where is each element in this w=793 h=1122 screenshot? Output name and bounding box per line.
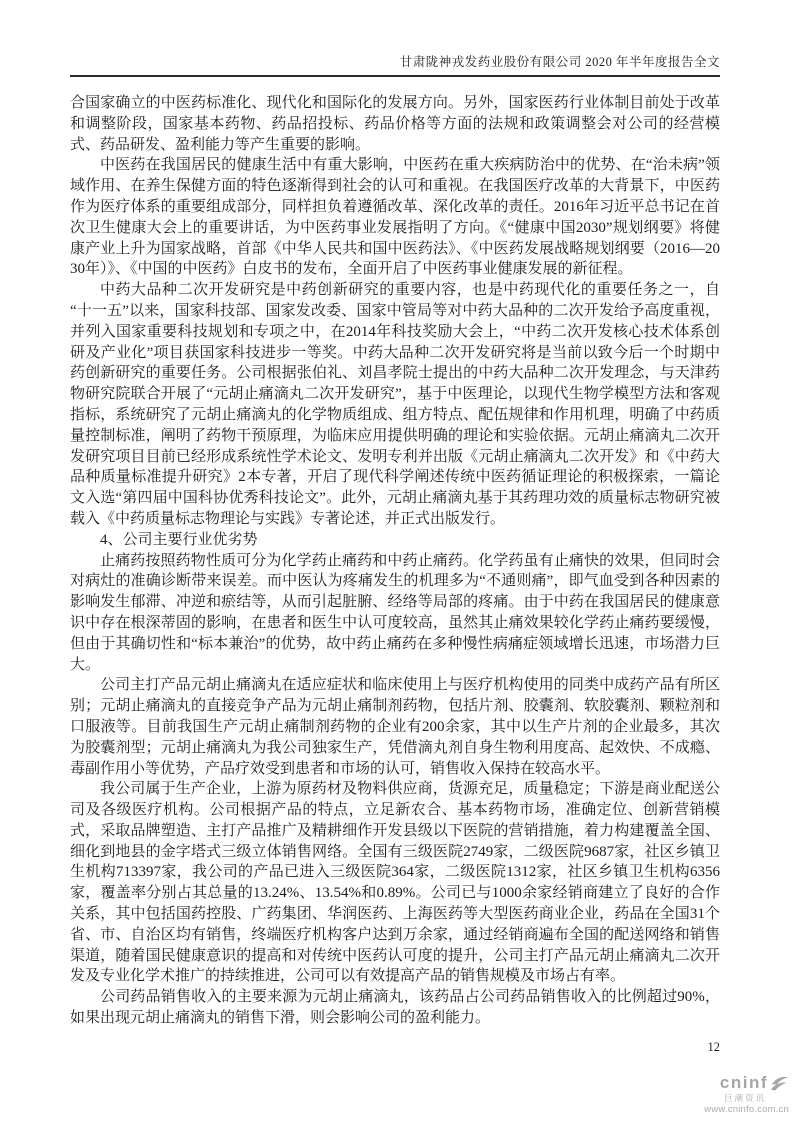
cninfo-chinese-name: 巨潮资讯 bbox=[670, 1095, 790, 1104]
paragraph-painkiller-classification: 止痛药按照药物性质可分为化学药止痛药和中药止痛药。化学药虽有止痛快的效果，但同时… bbox=[70, 551, 720, 676]
paragraph-product-competition: 公司主打产品元胡止痛滴丸在适应症状和临床使用上与医疗机构使用的同类中成药产品有所… bbox=[70, 675, 720, 779]
cninfo-url-text: www.cninfo.com.cn bbox=[670, 1105, 790, 1115]
paragraph-secondary-development: 中药大品种二次开发研究是中药创新研究的重要内容，也是中药现代化的重要任务之一，自… bbox=[70, 280, 720, 530]
header-divider bbox=[70, 75, 720, 77]
page-header-title: 甘肃陇神戎发药业股份有限公司 2020 年半年度报告全文 bbox=[70, 52, 720, 70]
document-body: 合国家确立的中医药标准化、现代化和国际化的发展方向。另外，国家医药行业体制目前处… bbox=[70, 93, 720, 1029]
cninfo-logo-row: cninf bbox=[670, 1073, 790, 1094]
page-number: 12 bbox=[70, 1040, 720, 1055]
paragraph-industry-chain-sales-network: 我公司属于生产企业，上游为原药材及物料供应商，货源充足，质量稳定；下游是商业配送… bbox=[70, 779, 720, 987]
paragraph-revenue-concentration-risk: 公司药品销售收入的主要来源为元胡止痛滴丸，该药品占公司药品销售收入的比例超过90… bbox=[70, 987, 720, 1029]
paragraph-tcm-health-life: 中医药在我国居民的健康生活中有重大影响，中医药在重大疾病防治中的优势、在“治未病… bbox=[70, 155, 720, 280]
report-page: 甘肃陇神戎发药业股份有限公司 2020 年半年度报告全文 合国家确立的中医药标准… bbox=[0, 0, 793, 1122]
cninfo-swirl-icon bbox=[769, 1073, 790, 1094]
cninfo-watermark: cninf 巨潮资讯 www.cninfo.com.cn bbox=[670, 1073, 790, 1116]
cninfo-brand-text: cninf bbox=[720, 1074, 768, 1093]
paragraph-policy-continuation: 合国家确立的中医药标准化、现代化和国际化的发展方向。另外，国家医药行业体制目前处… bbox=[70, 93, 720, 155]
section-heading-industry-advantages: 4、公司主要行业优劣势 bbox=[70, 530, 720, 551]
